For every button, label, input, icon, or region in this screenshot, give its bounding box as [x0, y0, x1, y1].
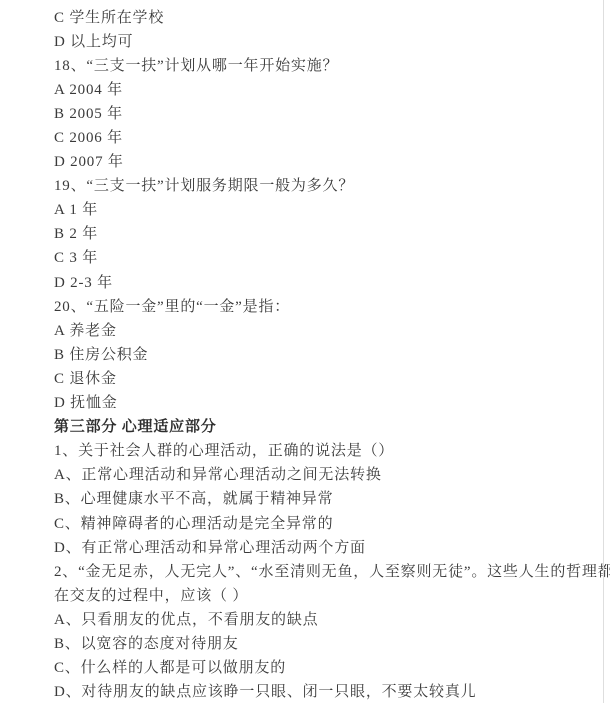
section-heading: 第三部分 心理适应部分	[54, 414, 602, 438]
document-line: C 退休金	[54, 365, 602, 389]
document-line: A 1 年	[54, 197, 602, 221]
document-page: C 学生所在学校D 以上均可18、“三支一扶”计划从哪一年开始实施？A 2004…	[0, 0, 610, 703]
document-line: B、以宽容的态度对待朋友	[54, 630, 602, 654]
document-line: C、什么样的人都是可以做朋友的	[54, 655, 602, 679]
document-line: A 2004 年	[54, 76, 602, 100]
document-line: 2、“金无足赤，人无完人”、“水至清则无鱼，人至察则无徒”。这些人生的哲理都告诉…	[54, 558, 602, 582]
page-right-edge	[603, 0, 604, 703]
document-line: C 学生所在学校	[54, 4, 602, 28]
document-line: B 2005 年	[54, 100, 602, 124]
document-line: A 养老金	[54, 317, 602, 341]
document-line: D 以上均可	[54, 28, 602, 52]
document-line: 20、“五险一金”里的“一金”是指：	[54, 293, 602, 317]
document-line: 19、“三支一扶”计划服务期限一般为多久？	[54, 173, 602, 197]
document-line: C、精神障碍者的心理活动是完全异常的	[54, 510, 602, 534]
document-line: A、只看朋友的优点，不看朋友的缺点	[54, 606, 602, 630]
document-line: 在交友的过程中，应该（ ）	[54, 582, 602, 606]
document-line: A、正常心理活动和异常心理活动之间无法转换	[54, 462, 602, 486]
document-line: D 2-3 年	[54, 269, 602, 293]
document-line: 1、关于社会人群的心理活动，正确的说法是（）	[54, 438, 602, 462]
document-line: D、对待朋友的缺点应该睁一只眼、闭一只眼，不要太较真儿	[54, 679, 602, 703]
document-line: D 2007 年	[54, 149, 602, 173]
document-line: D、有正常心理活动和异常心理活动两个方面	[54, 534, 602, 558]
document-line: D 抚恤金	[54, 390, 602, 414]
document-content: C 学生所在学校D 以上均可18、“三支一扶”计划从哪一年开始实施？A 2004…	[54, 4, 602, 703]
document-line: B 2 年	[54, 221, 602, 245]
document-line: C 3 年	[54, 245, 602, 269]
document-line: B 住房公积金	[54, 341, 602, 365]
document-line: 18、“三支一扶”计划从哪一年开始实施？	[54, 52, 602, 76]
document-line: C 2006 年	[54, 124, 602, 148]
document-line: B、心理健康水平不高，就属于精神异常	[54, 486, 602, 510]
